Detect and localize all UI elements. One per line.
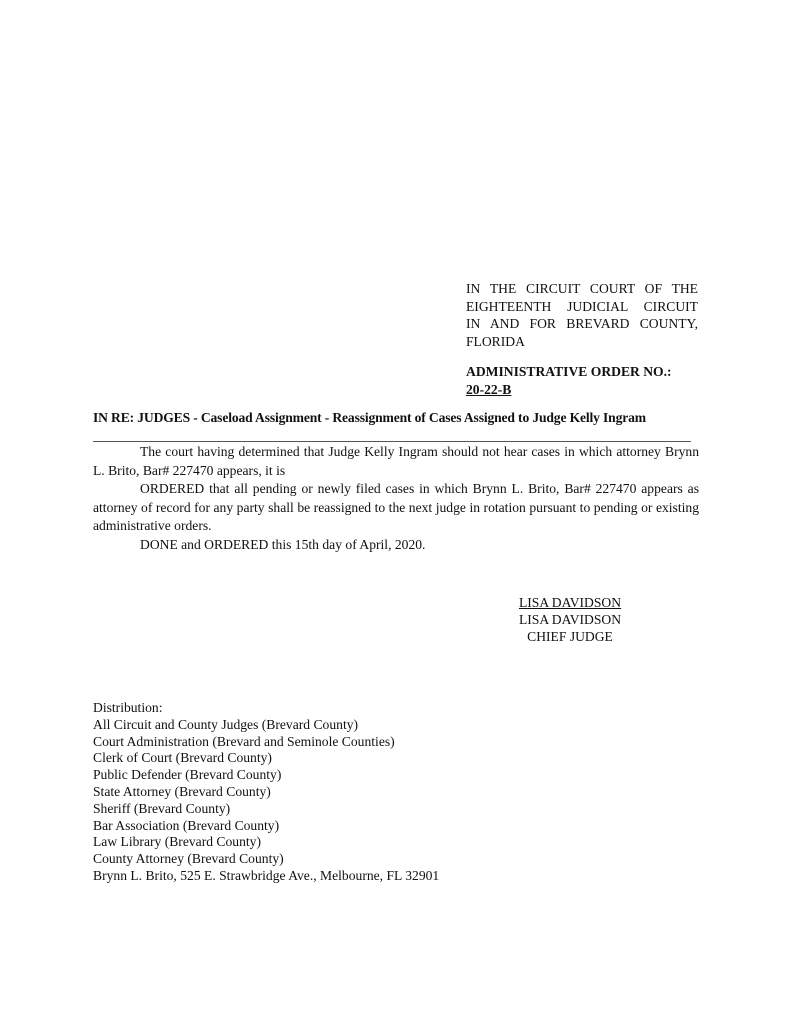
caption-line: IN AND FOR BREVARD COUNTY, — [466, 315, 698, 333]
distribution-heading: Distribution: — [93, 700, 439, 717]
distribution-item: All Circuit and County Judges (Brevard C… — [93, 717, 439, 734]
distribution-list: Distribution: All Circuit and County Jud… — [93, 700, 439, 885]
distribution-item: Public Defender (Brevard County) — [93, 767, 439, 784]
document-page: IN THE CIRCUIT COURT OF THE EIGHTEENTH J… — [0, 0, 791, 1024]
order-body: The court having determined that Judge K… — [93, 443, 699, 555]
distribution-item: Law Library (Brevard County) — [93, 834, 439, 851]
printed-name: LISA DAVIDSON — [500, 611, 640, 628]
distribution-item: Bar Association (Brevard County) — [93, 818, 439, 835]
caption-line: IN THE CIRCUIT COURT OF THE — [466, 280, 698, 298]
order-label: ADMINISTRATIVE ORDER NO.: — [466, 364, 672, 379]
caption-line: FLORIDA — [466, 333, 698, 351]
signed-name: LISA DAVIDSON — [500, 594, 640, 611]
distribution-item: State Attorney (Brevard County) — [93, 784, 439, 801]
administrative-order-number: ADMINISTRATIVE ORDER NO.: 20-22-B — [466, 363, 706, 398]
caption-line: EIGHTEENTH JUDICIAL CIRCUIT — [466, 298, 698, 316]
signer-title: CHIEF JUDGE — [500, 628, 640, 645]
distribution-item: Sheriff (Brevard County) — [93, 801, 439, 818]
distribution-item: Clerk of Court (Brevard County) — [93, 750, 439, 767]
distribution-item: County Attorney (Brevard County) — [93, 851, 439, 868]
order-number: 20-22-B — [466, 381, 706, 399]
body-paragraph: ORDERED that all pending or newly filed … — [93, 480, 699, 536]
distribution-item: Court Administration (Brevard and Semino… — [93, 734, 439, 751]
signature-block: LISA DAVIDSON LISA DAVIDSON CHIEF JUDGE — [500, 594, 640, 645]
done-and-ordered: DONE and ORDERED this 15th day of April,… — [93, 536, 699, 555]
body-paragraph: The court having determined that Judge K… — [93, 443, 699, 480]
distribution-item: Brynn L. Brito, 525 E. Strawbridge Ave.,… — [93, 868, 439, 885]
court-caption: IN THE CIRCUIT COURT OF THE EIGHTEENTH J… — [466, 280, 698, 350]
in-re-heading: IN RE: JUDGES - Caseload Assignment - Re… — [93, 410, 646, 426]
horizontal-rule — [93, 441, 691, 442]
